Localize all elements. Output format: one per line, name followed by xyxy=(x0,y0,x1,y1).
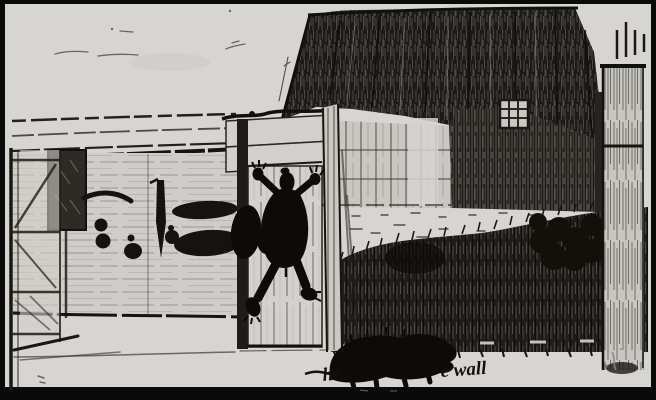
vermin-round-body xyxy=(124,243,142,259)
wooden-post xyxy=(600,22,646,374)
vermin-small-knob xyxy=(128,235,135,242)
caption-fragment-left: he xyxy=(322,363,343,386)
post-base-shadow xyxy=(606,362,638,374)
illustration-canvas: he e wall xyxy=(0,0,656,400)
creature-left-hand xyxy=(253,168,264,181)
vermin-blob-bottom xyxy=(96,234,111,249)
creature-topknot xyxy=(281,168,290,175)
grass-dark-patch xyxy=(385,242,445,274)
caption-fragment-right: e wall xyxy=(440,358,488,382)
gate xyxy=(222,104,358,352)
lintel-knot xyxy=(249,111,255,117)
lattice-window xyxy=(500,100,528,128)
creature-flank xyxy=(257,226,275,254)
scanned-illustration: he e wall xyxy=(0,0,656,400)
wall-light-plank xyxy=(408,118,438,206)
creature-right-hand xyxy=(310,173,321,185)
vermin-blob-top xyxy=(95,219,108,232)
